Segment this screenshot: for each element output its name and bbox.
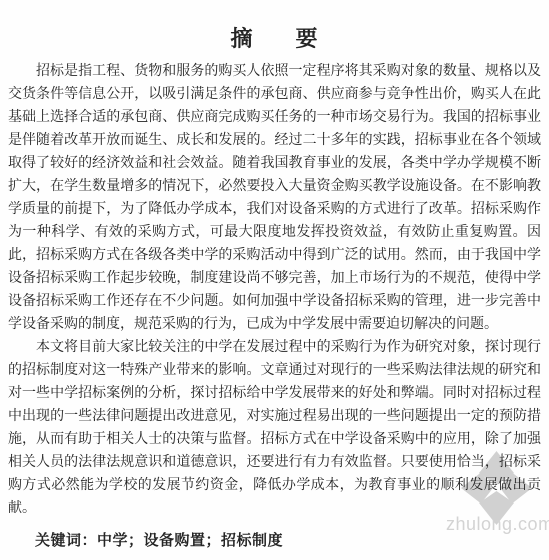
abstract-paragraph-1: 招标是指工程、货物和服务的购买人依照一定程序将其采购对象的数量、规格以及交货条件… — [8, 60, 541, 336]
page-title: 摘要 — [0, 22, 549, 53]
keywords-text: 中学；设备购置；招标制度 — [97, 533, 283, 549]
abstract-paragraph-2: 本文将目前大家比较关注的中学在发展过程中的采购行为作为研究对象，探讨现行的招标制… — [8, 336, 541, 520]
page-title-char-left: 摘 — [230, 26, 253, 51]
document-page: zhulong.com 摘要 招标是指工程、货物和服务的购买人依照一定程序将其采… — [0, 0, 549, 560]
page-title-char-right: 要 — [296, 26, 319, 51]
keywords-label: 关键词： — [35, 533, 97, 549]
keywords-line: 关键词：中学；设备购置；招标制度 — [8, 529, 541, 550]
abstract-body: 招标是指工程、货物和服务的购买人依照一定程序将其采购对象的数量、规格以及交货条件… — [8, 60, 541, 520]
